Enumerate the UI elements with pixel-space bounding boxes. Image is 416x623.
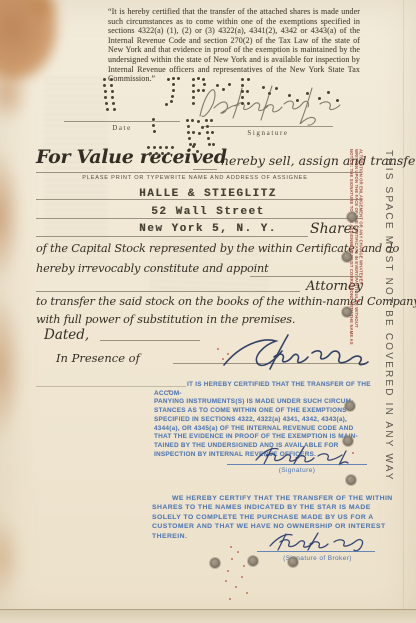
stockholder-signature	[194, 76, 342, 128]
date-line	[64, 121, 180, 122]
broker-signature-line	[257, 551, 375, 552]
irs-stamp-signature	[252, 444, 364, 466]
broker-signature-caption: (Signature of Broker)	[260, 555, 375, 562]
space-must-not-be-covered-notice: THIS SPACE MUST NOT BE COVERED IN ANY WA…	[383, 150, 394, 490]
assignee-line-3	[36, 236, 308, 237]
tax-certification-paragraph: “It is hereby certified that the transfe…	[108, 7, 360, 84]
in-presence-label: In Presence of	[56, 351, 140, 365]
stain-left-mid	[0, 148, 22, 283]
body-line-2: hereby irrevocably constitute and appoin…	[36, 262, 268, 275]
bottom-fold-strip	[0, 609, 416, 623]
fill-in-line	[193, 169, 217, 170]
stamp-line: STANCES AS TO COME WITHIN ONE OF THE EXE…	[154, 407, 398, 416]
appoint-fill-line	[250, 276, 362, 277]
punch-hole	[188, 137, 191, 140]
punch-hole	[170, 100, 173, 103]
stamp-line: WE HEREBY CERTIFY THAT THE TRANSFER OF T…	[152, 494, 398, 503]
red-speckle	[243, 565, 245, 567]
assignment-notice-vertical: NOTICE: THE SIGNATURE TO THIS ASSIGNMENT…	[348, 149, 364, 349]
red-speckle	[235, 586, 237, 588]
stamp-line: 4344(a), OR 4345(a) OF THE INTERNAL REVE…	[154, 425, 398, 434]
punch-hole	[112, 102, 115, 105]
for-value-received-script: For Value received	[36, 146, 227, 168]
punch-hole	[103, 78, 106, 81]
punch-hole	[105, 102, 108, 105]
stamp-line: THAT THE EVIDENCE IN PROOF OF THE EXEMPT…	[154, 433, 398, 442]
red-speckle	[246, 592, 248, 594]
signature-label: Signature	[203, 129, 333, 137]
irs-signature-line	[227, 464, 367, 465]
red-speckle	[229, 598, 231, 600]
punch-hole	[103, 84, 106, 87]
dated-label: Dated,	[44, 327, 89, 343]
punch-hole	[104, 90, 107, 93]
right-crease	[403, 0, 404, 623]
punch-hole	[110, 84, 113, 87]
punch-hole	[186, 119, 189, 122]
red-speckle	[227, 570, 229, 572]
stain-top	[22, 0, 62, 22]
stain-left-lower	[0, 292, 24, 442]
stock-certificate-reverse: “It is hereby certified that the transfe…	[0, 0, 416, 623]
punch-hole	[111, 90, 114, 93]
punch-hole	[187, 125, 190, 128]
body-line-1: of the Capital Stock represented by the …	[36, 242, 399, 255]
assignee-box-top-line	[36, 172, 362, 173]
punch-hole	[111, 96, 114, 99]
stain-top-left	[0, 0, 61, 85]
red-speckle	[237, 551, 239, 553]
red-speckle	[231, 558, 233, 560]
red-speckle	[241, 576, 243, 578]
stamp-line: SPECIFIED IN SECTIONS 4322, 4322(a) 4341…	[154, 416, 398, 425]
assignee-address1-typed: 52 Wall Street	[108, 206, 308, 218]
date-label: Date	[64, 124, 180, 132]
stain-left-upper	[0, 62, 30, 124]
red-speckle	[230, 546, 232, 548]
irs-signature-caption: (Signature)	[227, 467, 367, 474]
body-line-4: with full power of substitution in the p…	[36, 313, 295, 326]
punch-hole	[198, 132, 201, 135]
stain-left-bottom	[0, 515, 22, 600]
punch-hole	[106, 108, 109, 111]
assignee-address2-typed: New York 5, N. Y.	[108, 223, 308, 235]
assignee-box-label: PLEASE PRINT OR TYPEWRITE NAME AND ADDRE…	[60, 175, 330, 181]
drill-hole	[210, 558, 220, 568]
punch-hole	[207, 137, 210, 140]
assignee-line-2	[36, 218, 362, 219]
assignee-line-1	[36, 199, 362, 200]
stamp-line: SHARES TO THE NAMES INDICATED BY THE STA…	[152, 503, 398, 512]
punch-hole	[113, 108, 116, 111]
punch-hole	[172, 89, 175, 92]
drill-hole	[346, 475, 356, 485]
punch-hole	[104, 96, 107, 99]
punch-hole	[187, 131, 190, 134]
red-speckle	[225, 580, 227, 582]
dated-fill-line	[100, 340, 200, 341]
stamp-line: PANYING INSTRUMENTS(S) IS MADE UNDER SUC…	[154, 398, 398, 407]
punch-hole	[171, 95, 174, 98]
broker-signature	[266, 531, 376, 553]
stamp-line: SOLELY TO COMPLETE THE PURCHASE MADE BY …	[152, 513, 398, 522]
punch-hole	[165, 103, 168, 106]
drill-hole	[248, 556, 258, 566]
punch-hole	[192, 131, 195, 134]
stamp-line: IT IS HEREBY CERTIFIED THAT THE TRANSFER…	[154, 381, 398, 398]
attorney-fill-line	[36, 291, 300, 292]
